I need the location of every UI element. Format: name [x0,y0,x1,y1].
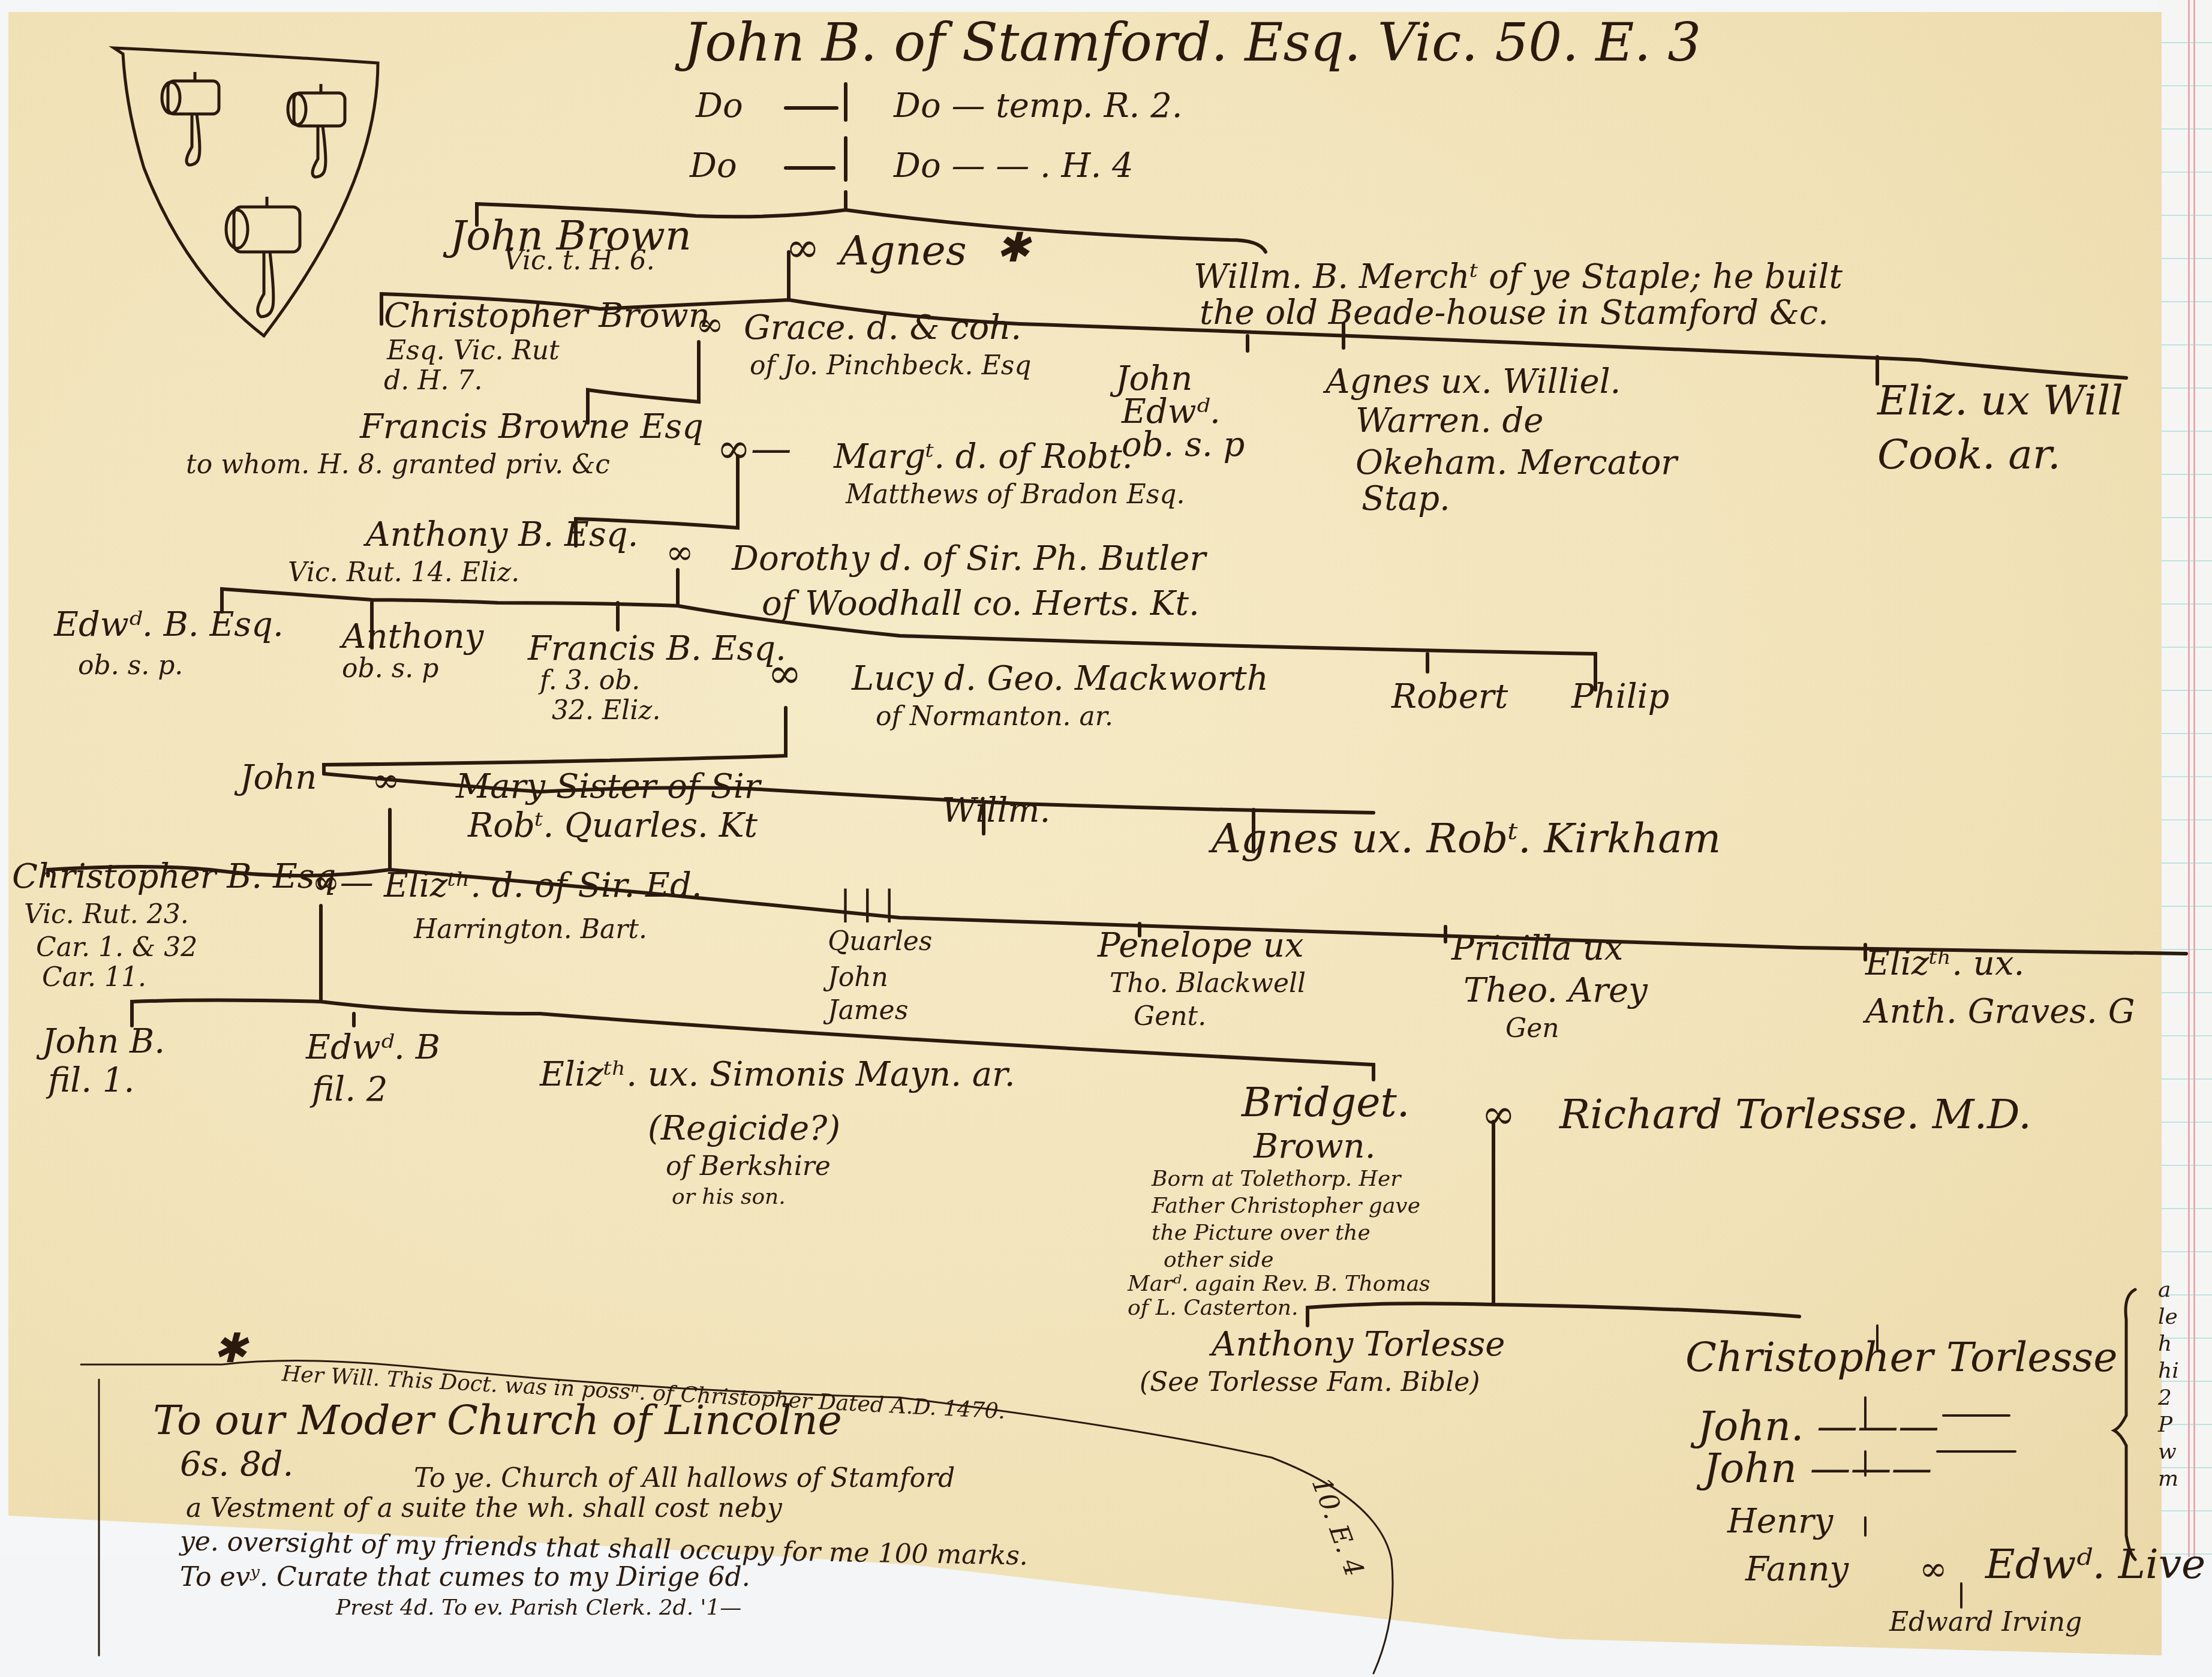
gen5-child-name: Robert [1391,678,1508,716]
gen6-husband: John [240,759,317,797]
margin-note-line: a [2158,1278,2171,1302]
gen8-child-note: fil. 2 [312,1071,388,1109]
mallet-icon [162,72,219,165]
gen7-sibling-note: John [828,963,888,993]
gen7-husband: Christopher B. Esq [12,858,336,896]
gen8-child-note: or his son. [672,1185,786,1209]
gen9-wife-note: of L. Casterton. [1128,1296,1298,1320]
gen2-husband-note2: d. H. 7. [384,366,482,396]
gen4-wife: Dorothy d. of Sir. Ph. Butler [732,540,1206,578]
gen2-husband-note1: Esq. Vic. Rut [387,336,560,366]
margin-note-line: w [2158,1439,2177,1464]
will-line: To ye. Church of All hallows of Stamford [414,1463,955,1494]
gen7-sibling-name: Penelope ux [1098,927,1304,965]
gen2-wife: Grace. d. & coh. [744,309,1021,347]
gen9-husband: Richard Torlesse. M.D. [1559,1092,2031,1138]
gen2-husband: Christopher Brown [384,297,710,335]
header-line3-left: Do [690,147,737,185]
gen1-sibling-note: the old Beade-house in Stamford &c. [1200,294,1829,332]
gen7-sibling-name: Elizᵗʰ. ux. [1865,945,2024,983]
gen1-marriage-symbol: ∞ [786,225,820,272]
will-line: To our Moder Church of Lincolne [153,1397,842,1444]
will-line: Prest 4d. To ev. Parish Clerk. 2d. '1— [336,1595,741,1620]
gen5-child-name: Francis B. Esq. [528,630,786,668]
gen1-sibling: Willm. B. Merchᵗ of ye Staple; he built [1194,258,1843,296]
gen3-husband: Francis Browne Esq [360,408,704,446]
gen4-marriage-symbol: ∞ [666,534,694,572]
gen9-wife-note: Marᵈ. again Rev. B. Thomas [1128,1272,1430,1296]
gen7-sibling-note: James [828,996,908,1026]
gen2-sibling-note: Warren. de [1356,402,1543,440]
gen6-wife: Mary Sister of Sir [456,768,760,806]
gen7-sibling-name: Quarles [828,927,932,957]
gen10-child-note: (See Torlesse Fam. Bible) [1140,1368,1480,1398]
descendant-name: John ——— [1703,1445,1932,1492]
gen6-sibling-name: Willm. [942,792,1050,830]
gen7-wife: Elizᵗʰ. d. of Sir. Ed. [384,867,702,905]
gen2-sibling-note: Stap. [1362,480,1450,518]
gen8-child-note: of Berkshire [666,1152,831,1182]
gen7-sibling-name: Pricilla ux [1451,930,1623,968]
gen5-child-name: Philip [1571,678,1669,716]
gen1-husband-note: Vic. t. H. 6. [504,246,655,277]
gen4-husband-note: Vic. Rut. 14. Eliz. [288,558,519,588]
final-marriage-symbol: ∞ [1919,1550,1947,1589]
gen5-child-name: Anthony [342,618,484,656]
gen5-wife-note: of Normanton. ar. [876,702,1113,732]
gen9-wife-note: the Picture over the [1152,1221,1371,1245]
descendant-name: John. ——— [1697,1403,1939,1450]
gen5-wife: Lucy d. Geo. Mackworth [852,660,1269,698]
gen2-wife-note: of Jo. Pinchbeck. Esq [750,351,1031,381]
margin-note-line: hi [2158,1359,2179,1383]
will-line: To evʸ. Curate that cumes to my Dirige 6… [180,1562,750,1593]
gen6-sibling-name: Agnes ux. Robᵗ. Kirkham [1212,816,1721,862]
gen9-wife-note: Father Christopher gave [1152,1194,1420,1218]
gen7-husband-note: Vic. Rut. 23. [24,900,189,930]
gen10-child-name: Christopher Torlesse [1685,1335,2117,1381]
gen2-sibling-name: Eliz. ux Will [1877,378,2123,425]
gen8-child-note: (Regicide?) [648,1110,840,1148]
gen7-wife-note: Harrington. Bart. [414,915,647,945]
gen3-husband-note: to whom. H. 8. granted priv. &c [186,450,610,480]
header-line2-right: Do — temp. R. 2. [894,87,1183,125]
gen4-husband: Anthony B. Esq. [366,516,638,554]
gen8-child-note: fil. 1. [48,1062,134,1100]
header-line2-left: Do [696,87,743,125]
final-wife: Fanny [1745,1550,1849,1589]
coat-of-arms-shield-icon [96,36,384,348]
gen7-marriage-symbol: ∞— [312,864,374,902]
gen7-sibling-note: Gen [1505,1014,1559,1044]
gen8-child-name: Edwᵈ. B [306,1029,440,1067]
gen7-sibling-note: Anth. Graves. G [1865,993,2135,1031]
final-husband: Edwᵈ. Live [1985,1541,2205,1588]
gen5-marriage-symbol: ∞ [768,651,802,698]
descent-marks: | | | [840,885,895,923]
gen6-wife-note: Robᵗ. Quarles. Kt [468,807,758,845]
gen5-child-note: ob. s. p [342,654,438,684]
gen2-sibling-name: Agnes ux. Williel. [1326,363,1621,401]
gen3-wife-note: Matthews of Bradon Esq. [846,480,1185,510]
gen2-sibling-note: ob. s. p [1122,426,1245,464]
margin-note-line: m [2158,1466,2178,1491]
will-line: a Vestment of a suite the wh. shall cost… [186,1493,782,1524]
gen2-marriage-symbol: ∞ [696,306,724,344]
gen3-wife: Margᵗ. d. of Robt. [834,438,1132,476]
gen7-sibling-note: Gent. [1134,1002,1206,1032]
gen4-wife-note: of Woodhall co. Herts. Kt. [762,585,1200,623]
gen9-wife-note: other side [1164,1248,1274,1272]
gen7-husband-note: Car. 1. & 32 [36,933,197,963]
gen8-child-name: John B. [42,1023,165,1061]
margin-note-line: P [2158,1412,2172,1437]
gen9-marriage-symbol: ∞ [1481,1092,1516,1138]
gen7-sibling-note: Theo. Arey [1463,972,1648,1010]
margin-note-line: 2 [2158,1386,2172,1410]
gen5-child-note: f. 3. ob. [540,666,640,696]
gen7-husband-note: Car. 11. [42,963,146,993]
gen2-sibling-note: Cook. ar. [1877,432,2061,479]
gen2-sibling-note: Okeham. Mercator [1356,444,1677,482]
gen9-wife-surname: Brown. [1254,1128,1375,1166]
header-line-founder: John B. of Stamford. Esq. Vic. 50. E. 3 [684,12,1701,73]
asterisk-icon: ✱ [213,1326,247,1372]
margin-note-line: h [2158,1332,2172,1356]
descendant-name: Henry [1727,1502,1833,1541]
margin-note: a le h hi 2 P w m [2158,1278,2212,1493]
gen8-child-name: Elizᵗʰ. ux. Simonis Mayn. ar. [540,1056,1015,1094]
gen9-wife-note: Born at Tolethorp. Her [1152,1167,1400,1191]
gen9-wife: Bridget. [1242,1080,1409,1126]
gen7-sibling-note: Tho. Blackwell [1110,969,1306,999]
header-line3-right: Do — — . H. 4 [894,147,1134,185]
gen3-marriage-symbol: ∞— [717,426,792,473]
gen1-wife: Agnes [840,228,967,275]
gen10-child-name: Anthony Torlesse [1212,1326,1505,1364]
asterisk-icon: ✱ [996,225,1030,272]
final-child: Edward Irving [1889,1607,2082,1638]
margin-note-line: le [2158,1305,2178,1329]
gen6-marriage-symbol: ∞ [372,762,400,800]
will-line: 6s. 8d. [180,1445,293,1484]
gen5-child-name: Edwᵈ. B. Esq. [54,606,284,644]
gen5-child-note: 32. Eliz. [552,696,660,726]
gen5-child-note: ob. s. p. [78,651,183,681]
